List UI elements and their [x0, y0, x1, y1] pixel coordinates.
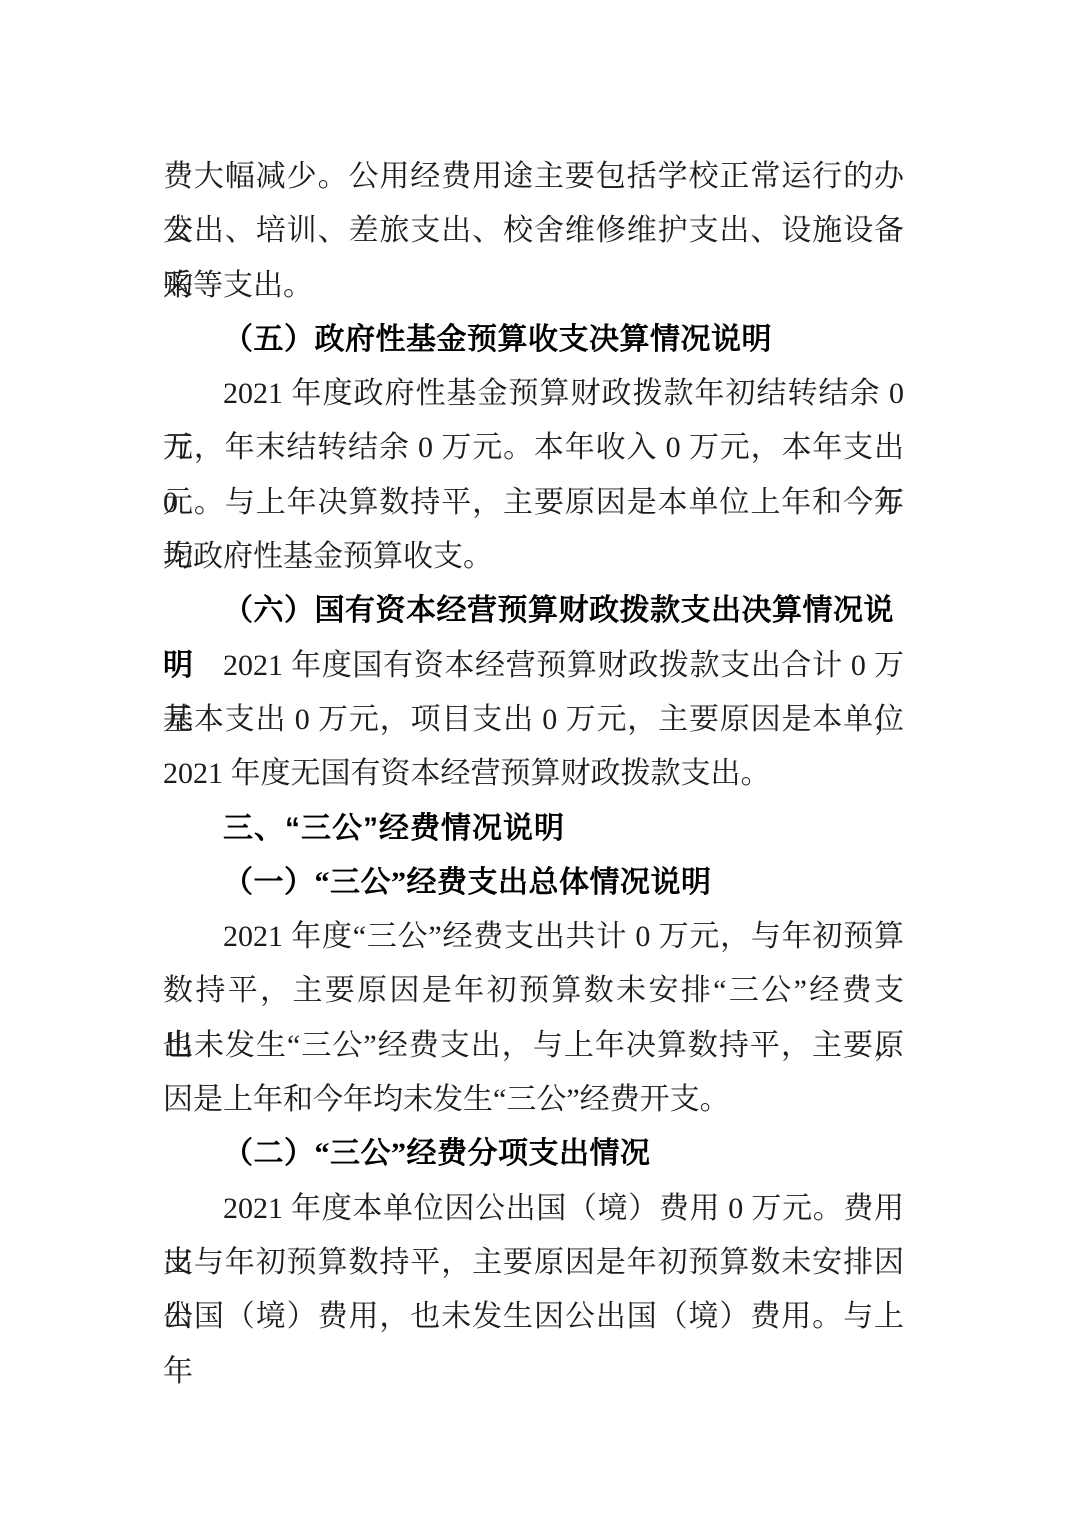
body-line: 数持平，主要原因是年初预算数未安排“三公”经费支出，: [163, 964, 904, 1018]
body-line: 出国（境）费用，也未发生因公出国（境）费用。与上年: [163, 1290, 904, 1344]
body-line: 费大幅减少。公用经费用途主要包括学校正常运行的办公: [163, 150, 904, 204]
paragraph-end-line: 因是上年和今年均未发生“三公”经费开支。: [163, 1073, 904, 1127]
heading-subsection-2: （二）“三公”经费分项支出情况: [163, 1127, 904, 1181]
paragraph-end-line: 购等支出。: [163, 259, 904, 313]
body-line: 支出、培训、差旅支出、校舍维修维护支出、设施设备采: [163, 204, 904, 258]
heading-section-6: （六）国有资本经营预算财政拨款支出决算情况说明: [163, 584, 904, 638]
body-line: 出与年初预算数持平，主要原因是年初预算数未安排因公: [163, 1236, 904, 1290]
body-line: 2021 年度“三公”经费支出共计 0 万元，与年初预算: [163, 910, 904, 964]
paragraph-end-line: 无政府性基金预算收支。: [163, 530, 904, 584]
body-line: 元，年末结转结余 0 万元。本年收入 0 万元，本年支出 0 万: [163, 421, 904, 475]
heading-subsection-1: （一）“三公”经费支出总体情况说明: [163, 856, 904, 910]
body-line: 2021 年度政府性基金预算财政拨款年初结转结余 0 万: [163, 367, 904, 421]
document-page: 费大幅减少。公用经费用途主要包括学校正常运行的办公 支出、培训、差旅支出、校舍维…: [0, 0, 1074, 1520]
body-line: 也未发生“三公”经费支出，与上年决算数持平，主要原: [163, 1019, 904, 1073]
body-line: 元。与上年决算数持平，主要原因是本单位上年和今年均: [163, 476, 904, 530]
body-line: 基本支出 0 万元，项目支出 0 万元，主要原因是本单位: [163, 693, 904, 747]
heading-three-public-funds: 三、“三公”经费情况说明: [163, 802, 904, 856]
paragraph-end-line: 2021 年度无国有资本经营预算财政拨款支出。: [163, 747, 904, 801]
document-text-column: 费大幅减少。公用经费用途主要包括学校正常运行的办公 支出、培训、差旅支出、校舍维…: [163, 150, 904, 1345]
body-line: 2021 年度国有资本经营预算财政拨款支出合计 0 万元，: [163, 639, 904, 693]
body-line: 2021 年度本单位因公出国（境）费用 0 万元。费用支: [163, 1182, 904, 1236]
heading-section-5: （五）政府性基金预算收支决算情况说明: [163, 313, 904, 367]
